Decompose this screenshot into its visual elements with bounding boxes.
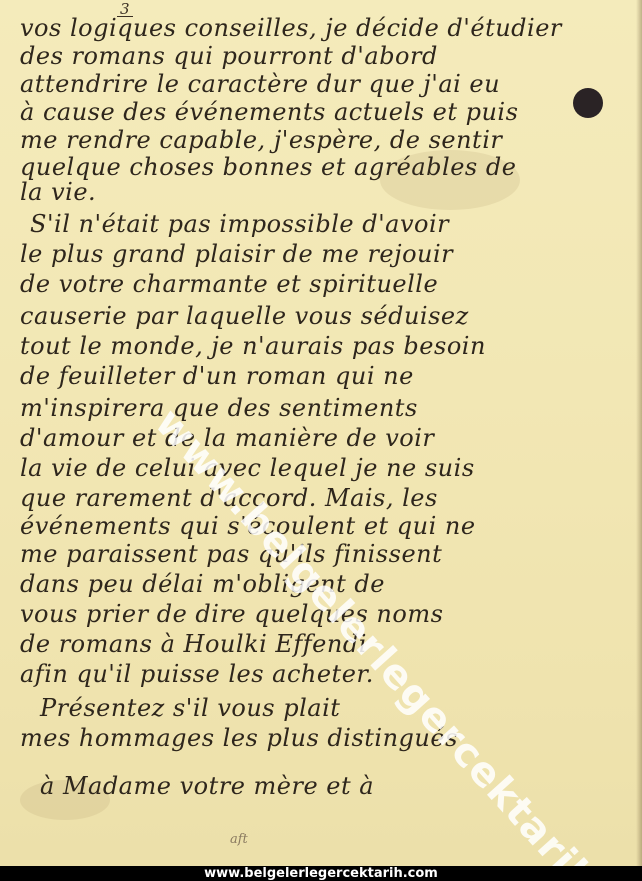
letter-line: de romans à Houlki Effendi [20, 630, 367, 658]
letter-line: que rarement d'accord. Mais, les [20, 484, 438, 512]
letter-line: la vie. [20, 178, 96, 206]
letter-line: de feuilleter d'un roman qui ne [20, 362, 414, 390]
letter-line: événements qui s'écoulent et qui ne [20, 512, 476, 540]
letter-line: attendrire le caractère dur que j'ai eu [20, 70, 500, 98]
letter-line: des romans qui pourront d'abord [20, 42, 438, 70]
letter-line: vous prier de dire quelques noms [20, 600, 443, 628]
letter-line: causerie par laquelle vous séduisez [20, 302, 469, 330]
letter-line: me rendre capable, j'espère, de sentir [20, 126, 502, 154]
scanned-letter-page: 3 vos logiques conseilles, je décide d'é… [0, 0, 642, 866]
letter-line: tout le monde, je n'aurais pas besoin [20, 332, 486, 360]
letter-line: mes hommages les plus distingués [20, 724, 458, 752]
letter-line: afin qu'il puisse les acheter. [20, 660, 374, 688]
letter-line: dans peu délai m'obligent de [20, 570, 385, 598]
letter-line: me paraissent pas qu'ils finissent [20, 540, 442, 568]
letter-line: m'inspirera que des sentiments [20, 394, 418, 422]
ink-blot [573, 88, 603, 118]
letter-line: quelque choses bonnes et agréables de [20, 153, 516, 181]
margin-note: aft [230, 832, 248, 847]
letter-line: à cause des événements actuels et puis [20, 98, 518, 126]
letter-line: d'amour et de la manière de voir [20, 424, 434, 452]
letter-line: S'il n'était pas impossible d'avoir [30, 210, 449, 238]
letter-line: la vie de celui avec lequel je ne suis [20, 454, 475, 482]
letter-line: vos logiques conseilles, je décide d'étu… [20, 14, 562, 42]
footer-banner: www.belgelerlegercektarih.com [0, 866, 642, 881]
letter-line: de votre charmante et spirituelle [20, 270, 438, 298]
letter-line: le plus grand plaisir de me rejouir [20, 240, 453, 268]
letter-line: Présentez s'il vous plait [40, 694, 340, 722]
letter-line: à Madame votre mère et à [40, 772, 374, 800]
